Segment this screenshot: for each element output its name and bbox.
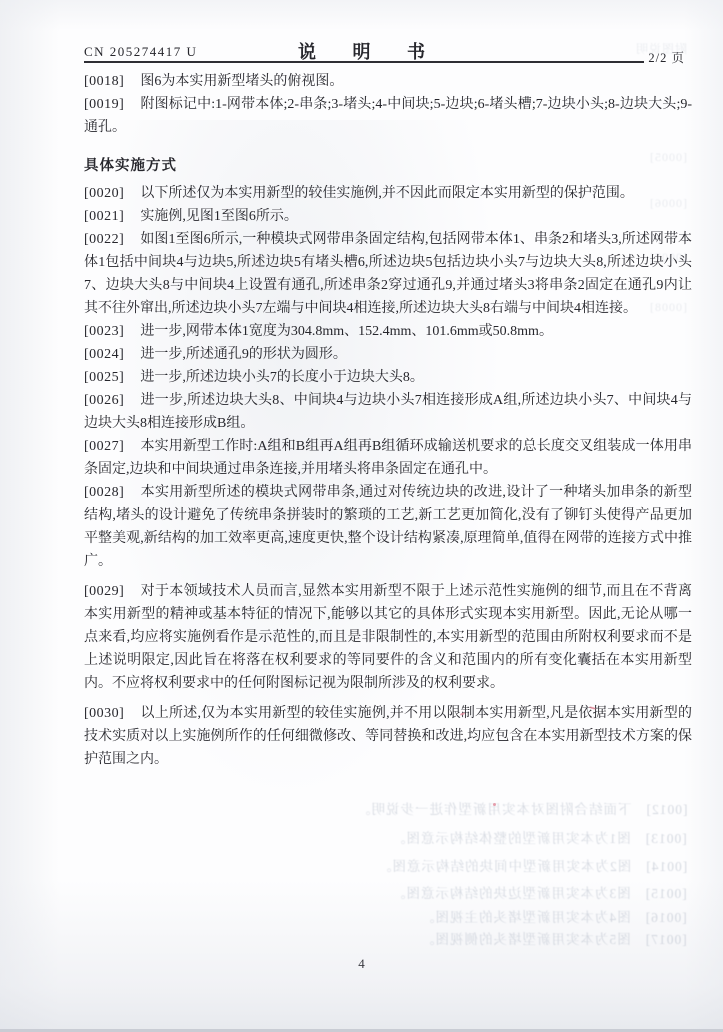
bleedthrough-tag: [0012]	[645, 802, 687, 817]
bleedthrough-right-2: [0006]	[649, 196, 687, 211]
paragraph-tag: [0019]	[84, 97, 124, 112]
bleedthrough-text: 图5为本实用新型堵头的侧视图。	[420, 932, 631, 947]
paragraph-0028: [0028]本实用新型所述的模块式网带串条,通过对传统边块的改进,设计了一种堵头…	[84, 481, 692, 573]
paragraph-tag: [0026]	[84, 393, 124, 408]
paragraph-text: 本实用新型所述的模块式网带串条,通过对传统边块的改进,设计了一种堵头加串条的新型…	[84, 485, 692, 569]
paragraph-text: 进一步,所述边块小头7的长度小于边块大头8。	[140, 370, 424, 385]
document-number: CN 205274417 U	[84, 44, 197, 60]
bleedthrough-tag: [0016]	[645, 910, 687, 925]
paragraph-tag: [0029]	[84, 584, 124, 599]
patent-document-page: CN 205274417 U 说 明 书 2/2 页 [0018]图6为本实用新…	[0, 0, 723, 1032]
bleedthrough-tag: [0014]	[645, 859, 687, 874]
paragraph-text: 对于本领域技术人员而言,显然本实用新型不限于上述示范性实施例的细节,而且在不背离…	[84, 584, 692, 691]
ink-speck	[493, 803, 496, 806]
bleedthrough-right-4: [0008]	[649, 300, 687, 315]
paragraph-text: 本实用新型工作时:A组和B组再A组再B组循环成输送机要求的总长度交叉组装成一体用…	[84, 439, 692, 477]
bleedthrough-tag: [0013]	[645, 831, 687, 846]
paragraph-text: 进一步,网带本体1宽度为304.8mm、152.4mm、101.6mm或50.8…	[140, 324, 553, 339]
paragraph-text: 实施例,见图1至图6所示。	[140, 209, 298, 224]
paragraph-text: 附图标记中:1-网带本体;2-串条;3-堵头;4-中间块;5-边块;6-堵头槽;…	[84, 97, 692, 135]
bleedthrough-text: 图2为本实用新型中间块的结构示意图。	[377, 859, 631, 874]
scan-shading-left	[0, 0, 70, 1032]
paragraph-tag: [0018]	[84, 74, 124, 89]
header-rule	[84, 61, 644, 63]
paragraph-0024: [0024]进一步,所述通孔9的形状为圆形。	[84, 343, 692, 366]
scan-shading-top	[0, 0, 723, 34]
paragraph-0025: [0025]进一步,所述边块小头7的长度小于边块大头8。	[84, 366, 692, 389]
section-heading: 具体实施方式	[84, 155, 692, 178]
bleedthrough-right-3: [0007]	[649, 250, 687, 265]
paragraph-tag: [0021]	[84, 209, 124, 224]
paragraph-tag: [0028]	[84, 485, 124, 500]
paragraph-0030: [0030]以上所述,仅为本实用新型的较佳实施例,并不用以限制本实用新型,凡是依…	[84, 702, 692, 771]
paragraph-tag: [0025]	[84, 370, 124, 385]
bleedthrough-text: 图3为本实用新型边块的结构示意图。	[391, 886, 631, 901]
paragraph-tag: [0030]	[84, 706, 124, 721]
footer-page-number: 4	[0, 956, 723, 972]
bleedthrough-line-0014: [0014]图2为本实用新型中间块的结构示意图。	[377, 855, 687, 875]
paragraph-text: 图6为本实用新型堵头的俯视图。	[140, 74, 343, 89]
bleedthrough-tag: [0015]	[645, 886, 687, 901]
bleedthrough-line-0016: [0016]图4为本实用新型堵头的主视图。	[420, 906, 687, 926]
bleedthrough-line-0015: [0015]图3为本实用新型边块的结构示意图。	[391, 882, 687, 902]
paragraph-0027: [0027]本实用新型工作时:A组和B组再A组再B组循环成输送机要求的总长度交叉…	[84, 435, 692, 481]
paragraph-0018: [0018]图6为本实用新型堵头的俯视图。	[84, 70, 692, 93]
paragraph-text: 如图1至图6所示,一种模块式网带串条固定结构,包括网带本体1、串条2和堵头3,所…	[84, 232, 692, 316]
paragraph-tag: [0020]	[84, 186, 124, 201]
paragraph-text: 以下所述仅为本实用新型的较佳实施例,并不因此而限定本实用新型的保护范围。	[140, 186, 634, 201]
paragraph-text: 进一步,所述边块大头8、中间块4与边块小头7相连接形成A组,所述边块小头7、中间…	[84, 393, 692, 431]
bleedthrough-text: 图4为本实用新型堵头的主视图。	[420, 910, 631, 925]
bleedthrough-line-0017: [0017]图5为本实用新型堵头的侧视图。	[420, 928, 687, 948]
bleedthrough-tag: [0017]	[645, 932, 687, 947]
paragraph-0029: [0029]对于本领域技术人员而言,显然本实用新型不限于上述示范性实施例的细节,…	[84, 580, 692, 695]
bleedthrough-right-1: [0005]	[649, 150, 687, 165]
paragraph-0022: [0022]如图1至图6所示,一种模块式网带串条固定结构,包括网带本体1、串条2…	[84, 228, 692, 320]
bleedthrough-right-0: 附图说明	[635, 40, 687, 57]
paragraph-tag: [0027]	[84, 439, 124, 454]
paragraph-0019: [0019]附图标记中:1-网带本体;2-串条;3-堵头;4-中间块;5-边块;…	[84, 93, 692, 139]
paragraph-text: 进一步,所述通孔9的形状为圆形。	[140, 347, 347, 362]
paragraph-0023: [0023]进一步,网带本体1宽度为304.8mm、152.4mm、101.6m…	[84, 320, 692, 343]
paragraph-text: 以上所述,仅为本实用新型的较佳实施例,并不用以限制本实用新型,凡是依据本实用新型…	[84, 706, 692, 767]
bleedthrough-text: 图1为本实用新型的整体结构示意图。	[391, 831, 631, 846]
paragraph-tag: [0024]	[84, 347, 124, 362]
paragraph-0026: [0026]进一步,所述边块大头8、中间块4与边块小头7相连接形成A组,所述边块…	[84, 389, 692, 435]
paragraph-0021: [0021]实施例,见图1至图6所示。	[84, 205, 692, 228]
paragraph-tag: [0023]	[84, 324, 124, 339]
bleedthrough-line-0012: [0012]下面结合附图对本实用新型作进一步说明。	[356, 798, 688, 818]
bleedthrough-line-0013: [0013]图1为本实用新型的整体结构示意图。	[391, 827, 687, 847]
paragraph-tag: [0022]	[84, 232, 124, 247]
document-body: [0018]图6为本实用新型堵头的俯视图。 [0019]附图标记中:1-网带本体…	[84, 70, 692, 771]
paragraph-0020: [0020]以下所述仅为本实用新型的较佳实施例,并不因此而限定本实用新型的保护范…	[84, 182, 692, 205]
